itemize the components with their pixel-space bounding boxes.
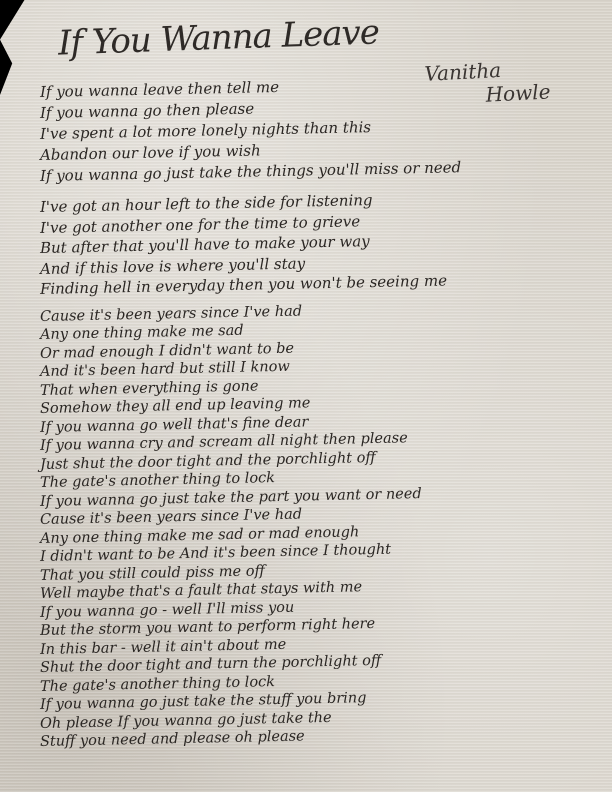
verse-3: Cause it's been years since I've had Any… xyxy=(40,308,580,752)
verse-1: If you wanna leave then tell me If you w… xyxy=(40,82,580,187)
verse-2: I've got an hour left to the side for li… xyxy=(40,197,580,300)
lyrics-body: If you wanna leave then tell me If you w… xyxy=(40,82,580,752)
